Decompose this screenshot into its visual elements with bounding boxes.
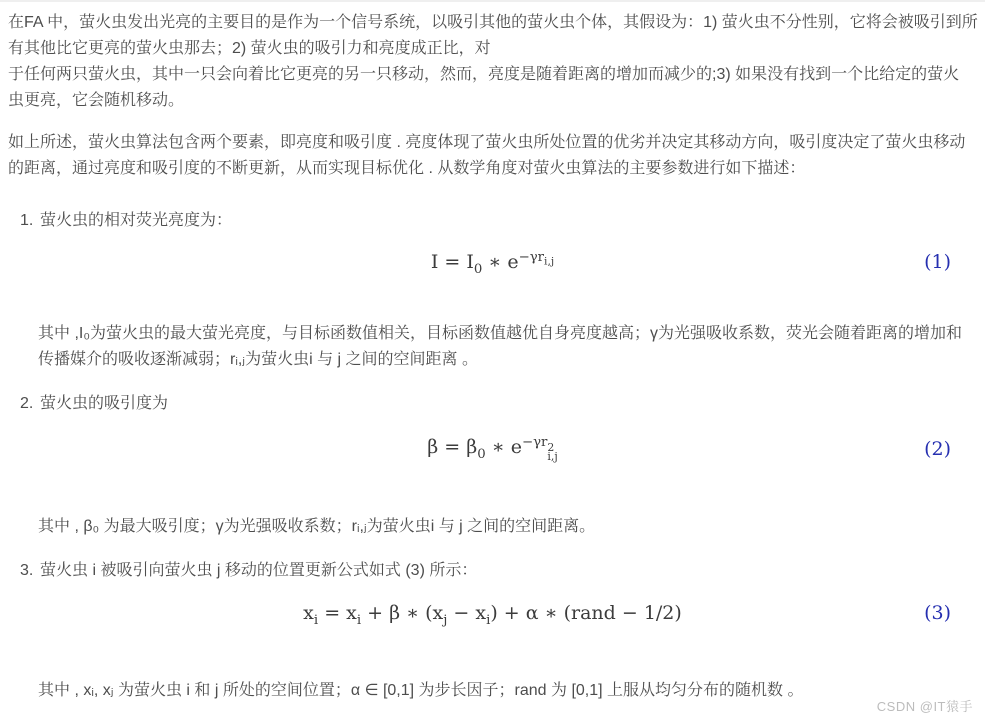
equation-number-3: (3) bbox=[924, 598, 951, 628]
list-item-3-header: 3.萤火虫 i 被吸引向萤火虫 j 移动的位置更新公式如式 (3) 所示： bbox=[8, 558, 977, 584]
article-body: 在FA 中，萤火虫发出光亮的主要目的是作为一个信号系统，以吸引其他的萤火虫个体，… bbox=[0, 2, 985, 704]
formula-3-description: 其中 , xᵢ, xⱼ 为萤火虫 i 和 j 所处的空间位置；α ∈ [0,1]… bbox=[8, 678, 977, 704]
text-line: 的距离，通过亮度和吸引度的不断更新，从而实现目标优化 . 从数学角度对萤火虫算法… bbox=[8, 156, 977, 182]
list-item-1-header: 1.萤火虫的相对荧光亮度为： bbox=[8, 208, 977, 234]
item-label: 萤火虫的相对荧光亮度为： bbox=[40, 212, 232, 229]
equation-3: xi = xi + β ∗ (xj − xi) + α ∗ (rand − 1/… bbox=[8, 598, 977, 632]
text-line: 虫更亮，它会随机移动。 bbox=[8, 88, 977, 114]
text-line: 传播媒介的吸收逐渐减弱；rᵢ,ⱼ为萤火虫i 与 j 之间的空间距离 。 bbox=[38, 347, 977, 373]
equation-1: I = I0 ∗ e−γri,j (1) bbox=[8, 247, 977, 281]
item-label: 萤火虫的吸引度为 bbox=[40, 395, 168, 412]
equation-number-1: (1) bbox=[924, 247, 951, 277]
equation-2: β = β0 ∗ e−γr2i,j (2) bbox=[8, 432, 977, 470]
text-line: 如上所述，萤火虫算法包含两个要素，即亮度和吸引度 . 亮度体现了萤火虫所处位置的… bbox=[8, 130, 977, 156]
text-line: 其中 ,I₀为萤火虫的最大萤光亮度，与目标函数值相关，目标函数值越优自身亮度越高… bbox=[38, 321, 977, 347]
text-line: 有其他比它更亮的萤火虫那去；2) 萤火虫的吸引力和亮度成正比，对 bbox=[8, 36, 977, 62]
formula-exponent: −γri,j bbox=[519, 250, 555, 265]
equation-number-2: (2) bbox=[924, 434, 951, 464]
formula-subscript: 0 bbox=[477, 447, 485, 462]
text-line: 其中 , xᵢ, xⱼ 为萤火虫 i 和 j 所处的空间位置；α ∈ [0,1]… bbox=[38, 678, 977, 704]
text-line: 在FA 中，萤火虫发出光亮的主要目的是作为一个信号系统，以吸引其他的萤火虫个体，… bbox=[8, 10, 977, 36]
formula-supsub-stack: 2i,j bbox=[547, 443, 557, 463]
text-line: 于任何两只萤火虫，其中一只会向着比它更亮的另一只移动，然而，亮度是随着距离的增加… bbox=[8, 62, 977, 88]
csdn-watermark: CSDN @IT猿手 bbox=[877, 694, 973, 716]
formula-2-description: 其中 , β₀ 为最大吸引度；γ为光强吸收系数；rᵢ,ⱼ为萤火虫i 与 j 之间… bbox=[8, 514, 977, 540]
item-number: 3. bbox=[20, 558, 36, 584]
formula-3: xi = xi + β ∗ (xj − xi) + α ∗ (rand − 1/… bbox=[303, 602, 682, 624]
item-label: 萤火虫 i 被吸引向萤火虫 j 移动的位置更新公式如式 (3) 所示： bbox=[40, 562, 477, 579]
summary-paragraph: 如上所述，萤火虫算法包含两个要素，即亮度和吸引度 . 亮度体现了萤火虫所处位置的… bbox=[8, 130, 977, 182]
article-page: { "paragraph1": { "lines": [ "在FA 中，萤火虫发… bbox=[0, 0, 985, 716]
formula-exponent: −γr2i,j bbox=[522, 435, 558, 450]
item-number: 1. bbox=[20, 208, 36, 234]
formula-1-description: 其中 ,I₀为萤火虫的最大萤光亮度，与目标函数值相关，目标函数值越优自身亮度越高… bbox=[8, 321, 977, 373]
list-item-2-header: 2.萤火虫的吸引度为 bbox=[8, 391, 977, 417]
text-line: 其中 , β₀ 为最大吸引度；γ为光强吸收系数；rᵢ,ⱼ为萤火虫i 与 j 之间… bbox=[38, 514, 977, 540]
item-number: 2. bbox=[20, 391, 36, 417]
intro-paragraph: 在FA 中，萤火虫发出光亮的主要目的是作为一个信号系统，以吸引其他的萤火虫个体，… bbox=[8, 10, 977, 114]
formula-1: I = I0 ∗ e−γri,j bbox=[431, 251, 554, 273]
formula-2: β = β0 ∗ e−γr2i,j bbox=[427, 436, 557, 458]
